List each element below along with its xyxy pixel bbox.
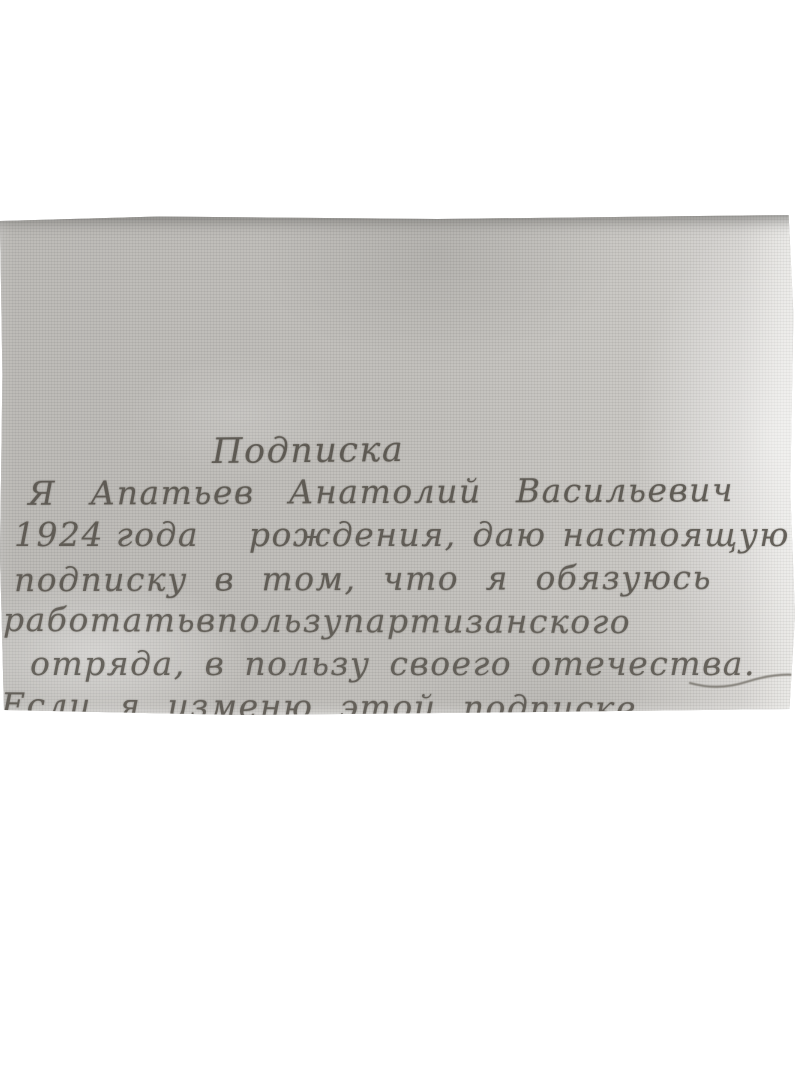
handwritten-word: Руслан (50, 814, 181, 860)
handwritten-word: том, (261, 559, 356, 605)
handwritten-word: даю (472, 515, 546, 561)
handwritten-word: подписке, (463, 688, 650, 735)
handwritten-word: Апатьев (90, 473, 255, 520)
handwritten-word: пользу (217, 601, 343, 647)
date-note: 14/IV-42 (12, 868, 167, 902)
handwritten-word: Анатолий (289, 471, 482, 518)
scanned-document: Подписка Я Апатьев Анатолий Васильевич 1… (0, 215, 795, 715)
handwritten-line: то пусть меня постигнет (1, 729, 573, 775)
handwritten-word: в (214, 559, 235, 605)
handwritten-line: суровая кара Советских законов. (1, 770, 683, 818)
handwritten-line: отряда, в пользу своего отечества. (30, 644, 756, 690)
handwritten-word: Советских (289, 770, 496, 817)
handwritten-word: партизанского (343, 601, 631, 648)
handwritten-line: 1924 года рождения, даю настоящую (14, 515, 790, 561)
handwritten-word: Васильевич (516, 470, 734, 517)
handwritten-word: суровая (1, 772, 151, 819)
handwritten-word: пусть (85, 729, 201, 775)
handwritten-word: 1924 года (14, 515, 199, 561)
handwritten-word: работать (3, 600, 196, 647)
signature-line: Руслан к сему Апатьев. А. (50, 814, 582, 860)
page: Подписка Я Апатьев Анатолий Васильевич 1… (0, 0, 800, 1066)
trailing-pen-stroke (688, 668, 798, 692)
handwritten-word: отряда, (30, 644, 186, 690)
handwritten-word: я (486, 558, 510, 604)
handwritten-word: Если (1, 685, 92, 731)
handwritten-word: этой (340, 687, 437, 734)
handwritten-word: кара (177, 771, 263, 817)
signature: к сему Апатьев. А. (189, 814, 582, 860)
handwritten-word: обязуюсь (535, 558, 712, 605)
handwritten-word: постигнет (358, 729, 573, 775)
handwritten-word: в (196, 601, 217, 647)
handwritten-word: изменю (167, 686, 313, 733)
handwritten-word: пользу (244, 644, 370, 690)
handwritten-line: Если я изменю этой подписке, (1, 685, 649, 734)
document-title: Подписка (212, 430, 405, 472)
handwritten-word: я (118, 686, 142, 732)
handwritten-word: рождения, (249, 515, 457, 561)
handwritten-word: законов. (522, 770, 683, 817)
handwritten-word: Я (28, 474, 56, 520)
handwritten-word: своего (390, 644, 513, 690)
handwritten-word: настоящую (562, 515, 790, 561)
handwritten-line: подписку в том, что я обязуюсь (14, 558, 712, 606)
handwritten-word: в (205, 644, 226, 690)
handwritten-word: меня (231, 729, 327, 775)
handwritten-word: то (1, 729, 55, 775)
handwritten-word: что (383, 559, 459, 605)
handwritten-line: Я Апатьев Анатолий Васильевич (28, 470, 734, 520)
handwritten-line: работать в пользу партизанского (3, 600, 621, 648)
